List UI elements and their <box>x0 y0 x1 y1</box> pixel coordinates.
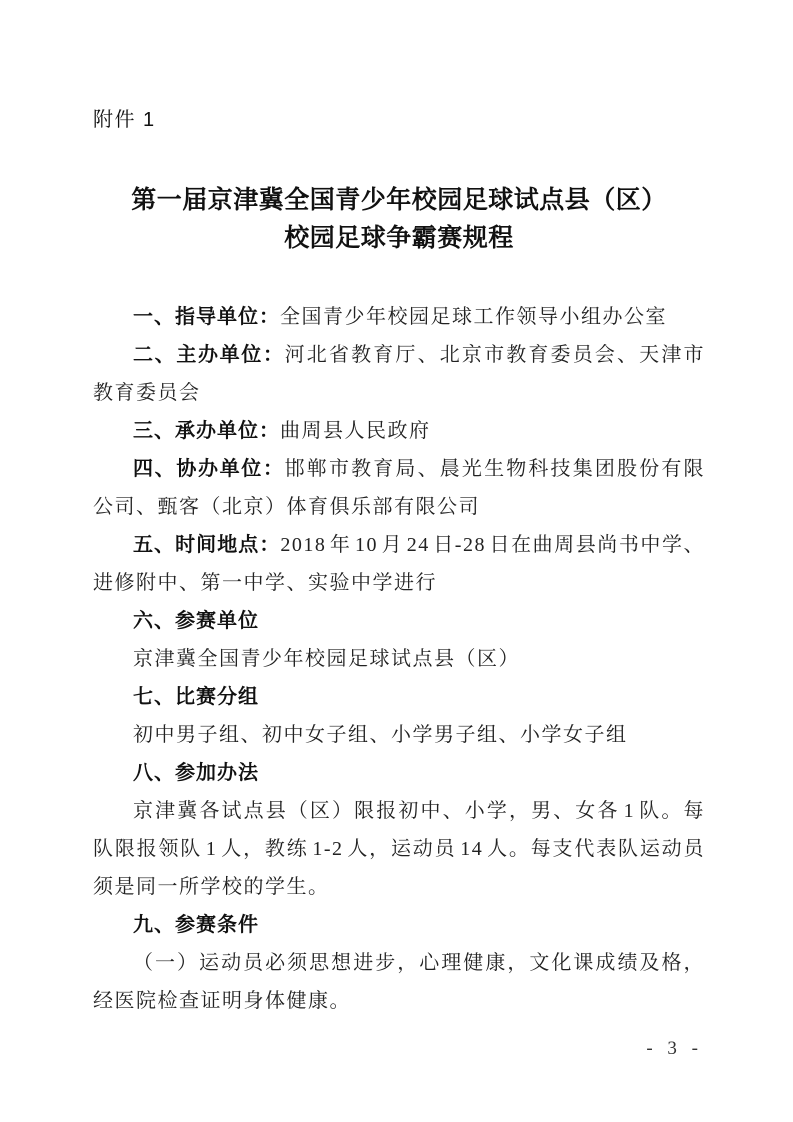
section-text: 七、比赛分组 <box>133 686 259 708</box>
body-paragraph: （一）运动员必须思想进步，心理健康，文化课成绩及格，经医院检查证明身体健康。 <box>93 944 705 1020</box>
document-title-line-2: 校园足球争霸赛规程 <box>93 220 705 258</box>
section-text: 曲周县人民政府 <box>280 420 431 442</box>
body-paragraph: 京津冀全国青少年校园足球试点县（区） <box>93 640 705 678</box>
section-label: 三、承办单位： <box>133 420 280 442</box>
section-text: （一）运动员必须思想进步，心理健康，文化课成绩及格，经医院检查证明身体健康。 <box>93 952 705 1012</box>
attachment-label: 附件 1 <box>93 106 705 134</box>
section-heading: 八、参加办法 <box>93 754 705 792</box>
section-heading: 六、参赛单位 <box>93 602 705 640</box>
section-label: 五、时间地点： <box>133 534 280 556</box>
section-heading: 七、比赛分组 <box>93 678 705 716</box>
section-text: 全国青少年校园足球工作领导小组办公室 <box>280 306 667 328</box>
document-body: 一、指导单位：全国青少年校园足球工作领导小组办公室二、主办单位：河北省教育厅、北… <box>93 298 705 1020</box>
section-label: 四、协办单位： <box>133 458 285 480</box>
page-number: - 3 - <box>646 1038 703 1060</box>
document-title: 第一届京津冀全国青少年校园足球试点县（区） 校园足球争霸赛规程 <box>93 182 705 258</box>
section-item: 二、主办单位：河北省教育厅、北京市教育委员会、天津市教育委员会 <box>93 336 705 412</box>
section-label: 一、指导单位： <box>133 306 280 328</box>
section-item: 三、承办单位：曲周县人民政府 <box>93 412 705 450</box>
document-page: 附件 1 第一届京津冀全国青少年校园足球试点县（区） 校园足球争霸赛规程 一、指… <box>0 0 793 1122</box>
section-text: 八、参加办法 <box>133 762 259 784</box>
section-item: 四、协办单位：邯郸市教育局、晨光生物科技集团股份有限公司、甄客（北京）体育俱乐部… <box>93 450 705 526</box>
section-item: 一、指导单位：全国青少年校园足球工作领导小组办公室 <box>93 298 705 336</box>
section-label: 二、主办单位： <box>133 344 285 366</box>
body-paragraph: 初中男子组、初中女子组、小学男子组、小学女子组 <box>93 716 705 754</box>
section-text: 初中男子组、初中女子组、小学男子组、小学女子组 <box>133 724 628 746</box>
section-heading: 九、参赛条件 <box>93 906 705 944</box>
body-paragraph: 京津冀各试点县（区）限报初中、小学，男、女各 1 队。每队限报领队 1 人，教练… <box>93 792 705 906</box>
section-text: 九、参赛条件 <box>133 914 259 936</box>
section-text: 京津冀各试点县（区）限报初中、小学，男、女各 1 队。每队限报领队 1 人，教练… <box>93 800 705 898</box>
document-title-line-1: 第一届京津冀全国青少年校园足球试点县（区） <box>93 182 705 220</box>
section-text: 六、参赛单位 <box>133 610 259 632</box>
section-item: 五、时间地点：2018 年 10 月 24 日-28 日在曲周县尚书中学、进修附… <box>93 526 705 602</box>
section-text: 京津冀全国青少年校园足球试点县（区） <box>133 648 520 670</box>
